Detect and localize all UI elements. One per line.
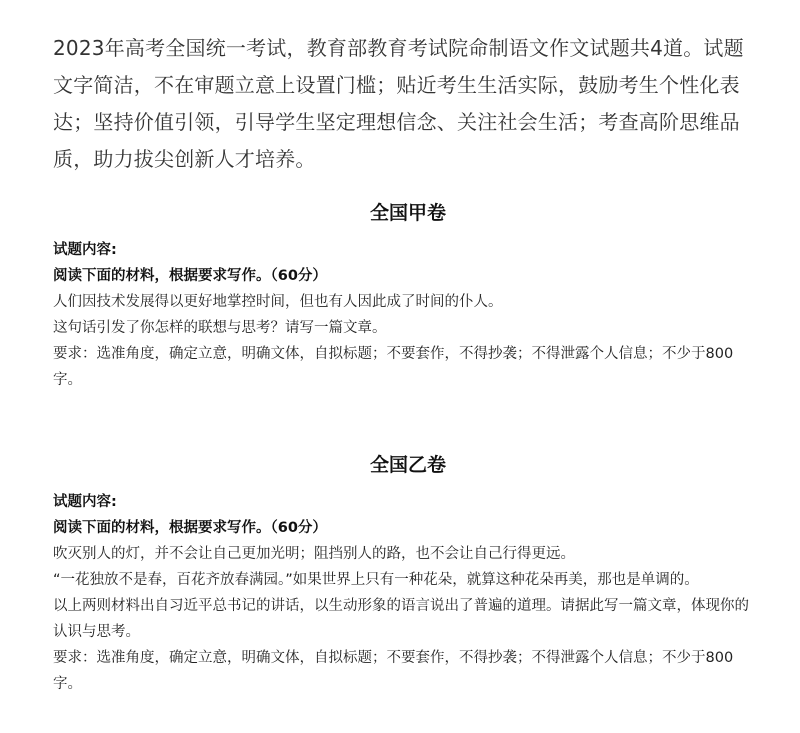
intro-paragraph: 2023年高考全国统一考试，教育部教育考试院命制语文作文试题共4道。试题文字简洁… — [53, 30, 753, 178]
section-national-paper-a: 全国甲卷 试题内容: 阅读下面的材料，根据要求写作。（60分） 人们因技术发展得… — [53, 195, 753, 393]
question-label: 试题内容: — [53, 237, 753, 263]
question-label: 试题内容: — [53, 489, 753, 515]
article: 2023年高考全国统一考试，教育部教育考试院命制语文作文试题共4道。试题文字简洁… — [53, 30, 753, 178]
prompt-line: 这句话引发了你怎样的联想与思考？请写一篇文章。 — [53, 315, 753, 341]
requirements-line: 要求：选准角度，确定立意，明确文体，自拟标题；不要套作，不得抄袭；不得泄露个人信… — [53, 645, 753, 697]
prompt-line: 以上两则材料出自习近平总书记的讲话，以生动形象的语言说出了普遍的道理。请据此写一… — [53, 593, 753, 645]
material-line: 人们因技术发展得以更好地掌控时间，但也有人因此成了时间的仆人。 — [53, 289, 753, 315]
section-title: 全国甲卷 — [53, 195, 753, 231]
requirements-line: 要求：选准角度，确定立意，明确文体，自拟标题；不要套作，不得抄袭；不得泄露个人信… — [53, 341, 753, 393]
section-title: 全国乙卷 — [53, 447, 753, 483]
question-instruction: 阅读下面的材料，根据要求写作。（60分） — [53, 263, 753, 289]
section-national-paper-b: 全国乙卷 试题内容: 阅读下面的材料，根据要求写作。（60分） 吹灭别人的灯，并… — [53, 447, 753, 697]
question-instruction: 阅读下面的材料，根据要求写作。（60分） — [53, 515, 753, 541]
material-line: “一花独放不是春，百花齐放春满园。”如果世界上只有一种花朵，就算这种花朵再美，那… — [53, 567, 753, 593]
material-line: 吹灭别人的灯，并不会让自己更加光明；阻挡别人的路，也不会让自己行得更远。 — [53, 541, 753, 567]
